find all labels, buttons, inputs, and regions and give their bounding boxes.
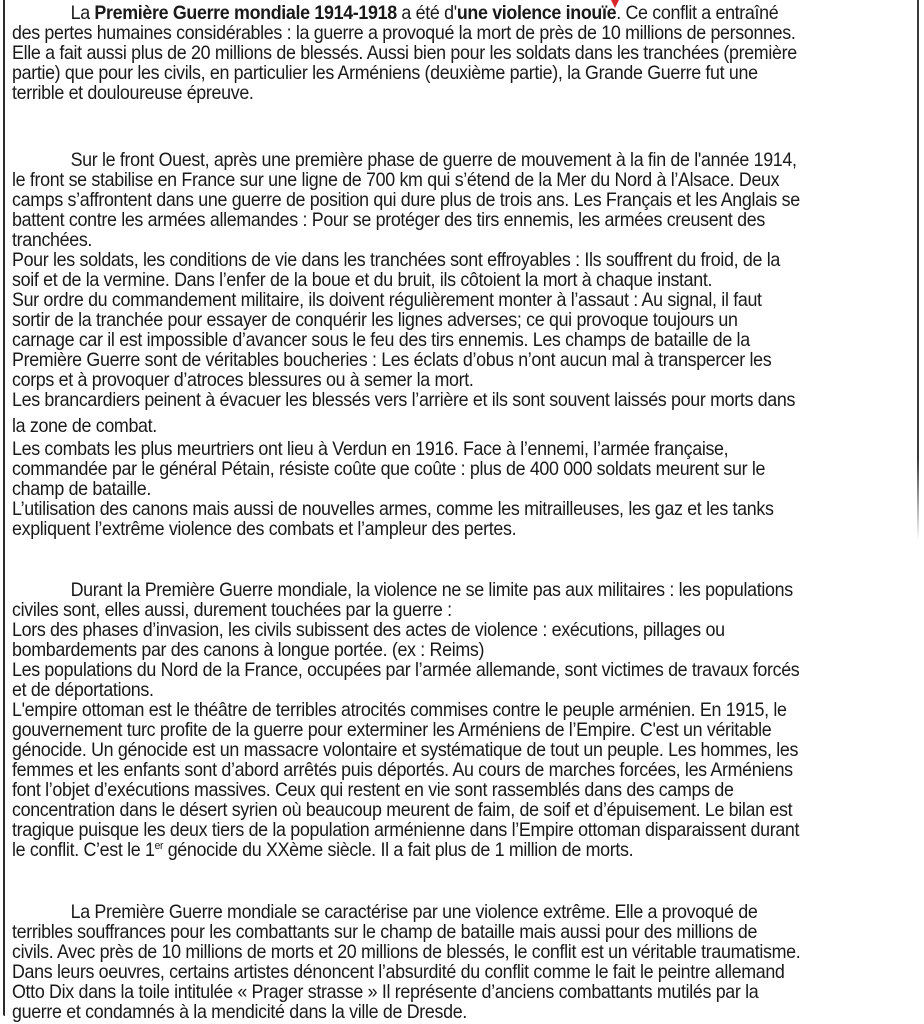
section-line: Durant la Première Guerre mondiale, la v… xyxy=(12,581,849,601)
intro-paragraph: La Première Guerre mondiale 1914-1918 a … xyxy=(12,4,849,104)
section-line: camps s’affrontent dans une guerre de po… xyxy=(12,191,849,211)
document-page: La Première Guerre mondiale 1914-1918 a … xyxy=(0,0,924,1024)
section-conclusion: La Première Guerre mondiale se caractéri… xyxy=(12,903,849,1023)
section-line: Pour les soldats, les conditions de vie … xyxy=(12,251,849,271)
section-line: Dans leurs oeuvres, certains artistes dé… xyxy=(12,963,849,983)
section-line: Les combats les plus meurtriers ont lieu… xyxy=(12,440,849,460)
section-line: sortir de la tranchée pour essayer de co… xyxy=(12,311,849,331)
intro-line: terrible et douloureuse épreuve. xyxy=(12,84,849,104)
intro-text: a été d' xyxy=(397,3,457,24)
section-line: Otto Dix dans la toile intitulée « Prage… xyxy=(12,983,849,1003)
section-line: Les brancardiers peinent à évacuer les b… xyxy=(12,391,849,411)
section-line: guerre et condamnés à la mendicité dans … xyxy=(12,1003,849,1023)
section-line: L’utilisation des canons mais aussi de n… xyxy=(12,500,849,520)
intro-line: des pertes humaines considérables : la g… xyxy=(12,24,849,44)
section-line: gouvernement turc profite de la guerre p… xyxy=(12,721,849,741)
section-line: terribles souffrances pour les combattan… xyxy=(12,923,849,943)
section-line: tranchées. xyxy=(12,231,849,251)
section-line: civiles sont, elles aussi, durement touc… xyxy=(12,601,849,621)
section-line: battent contre les armées allemandes : P… xyxy=(12,211,849,231)
intro-line: Elle a fait aussi plus de 20 millions de… xyxy=(12,44,849,64)
section-line: la zone de combat. xyxy=(12,417,849,437)
section-civilians: Durant la Première Guerre mondiale, la v… xyxy=(12,581,849,861)
section-line: le conflit. C’est le 1er génocide du XXè… xyxy=(12,841,849,861)
section-line: soif et de la vermine. Dans l’enfer de l… xyxy=(12,271,849,291)
section-soldiers: Sur le front Ouest, après une première p… xyxy=(12,151,849,540)
section-text: génocide du XXème siècle. Il a fait plus… xyxy=(163,840,633,861)
intro-text: . Ce conflit a entraîné xyxy=(616,3,778,24)
intro-line: La Première Guerre mondiale 1914-1918 a … xyxy=(12,4,849,24)
intro-bold-title: Première Guerre mondiale 1914-1918 xyxy=(94,3,396,24)
intro-line: partie) que pour les civils, en particul… xyxy=(12,64,849,84)
section-line: corps et à provoquer d’atroces blessures… xyxy=(12,371,849,391)
intro-bold-emphasis: une violence inouïe xyxy=(457,3,616,24)
section-line: femmes et les enfants sont d’abord arrêt… xyxy=(12,761,849,781)
frame-border-left xyxy=(3,0,5,1016)
frame-border-right xyxy=(917,0,919,540)
section-line: font l’objet d’exécutions massives. Ceux… xyxy=(12,781,849,801)
section-text: le conflit. C’est le 1 xyxy=(12,840,155,861)
section-line: Sur ordre du commandement militaire, ils… xyxy=(12,291,849,311)
section-line: le front se stabilise en France sur une … xyxy=(12,171,849,191)
section-line: L'empire ottoman est le théâtre de terri… xyxy=(12,701,849,721)
section-line: champ de bataille. xyxy=(12,480,849,500)
section-line: Sur le front Ouest, après une première p… xyxy=(12,151,849,171)
section-line: tragique puisque les deux tiers de la po… xyxy=(12,821,849,841)
intro-text: La xyxy=(71,3,95,24)
section-line: carnage car il est impossible d’avancer … xyxy=(12,331,849,351)
section-line: Les populations du Nord de la France, oc… xyxy=(12,661,849,681)
section-line: génocide. Un génocide est un massacre vo… xyxy=(12,741,849,761)
section-line: Première Guerre sont de véritables bouch… xyxy=(12,351,849,371)
section-line: civils. Avec près de 10 millions de mort… xyxy=(12,943,849,963)
section-line: concentration dans le désert syrien où b… xyxy=(12,801,849,821)
section-line: Lors des phases d’invasion, les civils s… xyxy=(12,621,849,641)
section-line: commandée par le général Pétain, résiste… xyxy=(12,460,849,480)
section-line: bombardements par des canons à longue po… xyxy=(12,641,849,661)
section-line: La Première Guerre mondiale se caractéri… xyxy=(12,903,849,923)
section-line: et de déportations. xyxy=(12,681,849,701)
section-line: expliquent l’extrême violence des combat… xyxy=(12,520,849,540)
